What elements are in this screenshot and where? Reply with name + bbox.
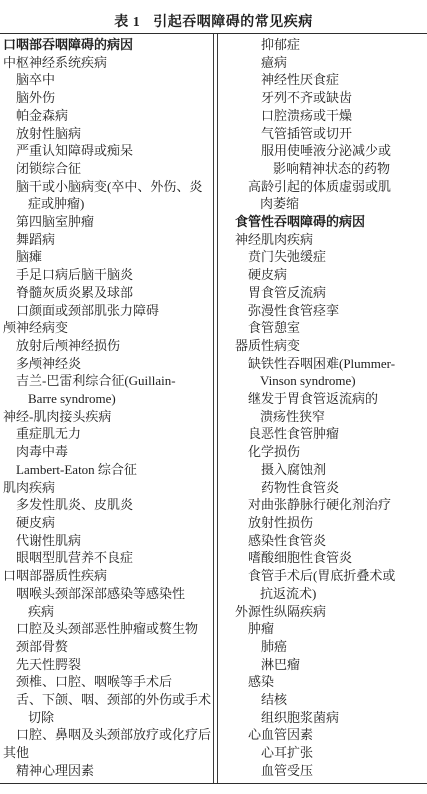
disease-item: 服用使唾液分泌减少或 影响精神状态的药物: [235, 142, 425, 177]
disease-item: 咽喉头颈部深部感染等感染性 疾病: [3, 585, 212, 620]
disease-item: 外源性纵隔疾病: [235, 603, 425, 621]
disease-item: 药物性食管炎: [235, 479, 425, 497]
disease-item: 嗜酸细胞性食管炎: [235, 549, 425, 567]
disease-item: 肌肉疾病: [3, 479, 212, 497]
disease-item: 颈部骨赘: [3, 638, 212, 656]
disease-item: 胃食管反流病: [235, 284, 425, 302]
disease-item: 重症肌无力: [3, 425, 212, 443]
disease-item: 多颅神经炎: [3, 355, 212, 373]
disease-item: 心耳扩张: [235, 744, 425, 762]
disease-item: 感染: [235, 673, 425, 691]
section-header: 食管性吞咽障碍的病因: [235, 213, 425, 231]
disease-item: 摄入腐蚀剂: [235, 461, 425, 479]
disease-item: 结核: [235, 691, 425, 709]
disease-item: 弥漫性食管痉挛: [235, 302, 425, 320]
disease-item: 淋巴瘤: [235, 656, 425, 674]
disease-item: 口咽部器质性疾病: [3, 567, 212, 585]
disease-item: 脊髓灰质炎累及球部: [3, 284, 212, 302]
document-page: 表 1引起吞咽障碍的常见疾病 口咽部吞咽障碍的病因中枢神经系统疾病脑卒中脑外伤帕…: [0, 0, 427, 794]
disease-item: 硬皮病: [3, 514, 212, 532]
column-right-esophageal: 抑郁症癔病神经性厌食症牙列不齐或缺齿口腔溃疡或干燥气管插管或切开服用使唾液分泌减…: [218, 34, 427, 783]
disease-item: 第四脑室肿瘤: [3, 213, 212, 231]
disease-item: 神经肌肉疾病: [235, 231, 425, 249]
disease-item: 闭锁综合征: [3, 160, 212, 178]
disease-item: 放射后颅神经损伤: [3, 337, 212, 355]
disease-item: 继发于胃食管返流病的 溃疡性狭窄: [235, 390, 425, 425]
disease-item: 食管憩室: [235, 319, 425, 337]
disease-item: 中枢神经系统疾病: [3, 54, 212, 72]
table-caption: 引起吞咽障碍的常见疾病: [153, 15, 313, 30]
disease-item: 良恶性食管肿瘤: [235, 425, 425, 443]
disease-item: 肿瘤: [235, 620, 425, 638]
disease-item: 口腔溃疡或干燥: [235, 107, 425, 125]
disease-item: Lambert-Eaton 综合征: [3, 461, 212, 479]
column-left-oropharyngeal: 口咽部吞咽障碍的病因中枢神经系统疾病脑卒中脑外伤帕金森病放射性脑病严重认知障碍或…: [0, 34, 213, 783]
disease-item: 牙列不齐或缺齿: [235, 89, 425, 107]
disease-item: 脑卒中: [3, 71, 212, 89]
disease-item: 口颜面或颈部肌张力障碍: [3, 302, 212, 320]
disease-item: 脑瘫: [3, 248, 212, 266]
disease-item: 食管手术后(胃底折叠术或 抗返流术): [235, 567, 425, 602]
disease-item: 舞蹈病: [3, 231, 212, 249]
table-title: 表 1引起吞咽障碍的常见疾病: [0, 0, 427, 33]
disease-item: 对曲张静脉行硬化剂治疗: [235, 496, 425, 514]
disease-item: 多发性肌炎、皮肌炎: [3, 496, 212, 514]
disease-item: 器质性病变: [235, 337, 425, 355]
disease-item: 神经性厌食症: [235, 71, 425, 89]
disease-item: 化学损伤: [235, 443, 425, 461]
disease-item: 舌、下颌、咽、颈部的外伤或手术 切除: [3, 691, 212, 726]
disease-item: 口腔及头颈部恶性肿瘤或赘生物: [3, 620, 212, 638]
disease-item: 口腔、鼻咽及头颈部放疗或化疗后: [3, 726, 212, 744]
disease-item: 眼咽型肌营养不良症: [3, 549, 212, 567]
disease-item: 肉毒中毒: [3, 443, 212, 461]
disease-item: 放射性损伤: [235, 514, 425, 532]
disease-item: 硬皮病: [235, 266, 425, 284]
disease-item: 心血管因素: [235, 726, 425, 744]
section-header: 口咽部吞咽障碍的病因: [3, 36, 212, 54]
disease-item: 放射性脑病: [3, 125, 212, 143]
disease-item: 神经-肌肉接头疾病: [3, 408, 212, 426]
disease-item: 帕金森病: [3, 107, 212, 125]
table-number-label: 表 1: [114, 15, 140, 30]
disease-item: 组织胞浆菌病: [235, 709, 425, 727]
disease-item: 颈椎、口腔、咽喉等手术后: [3, 673, 212, 691]
disease-item: 肺癌: [235, 638, 425, 656]
disease-item: 手足口病后脑干脑炎: [3, 266, 212, 284]
disease-item: 脑外伤: [3, 89, 212, 107]
disease-item: 脑干或小脑病变(卒中、外伤、炎 症或肿瘤): [3, 178, 212, 213]
disease-item: 高龄引起的体质虚弱或肌 肉萎缩: [235, 178, 425, 213]
disease-item: 精神心理因素: [3, 762, 212, 780]
disease-item: 缺铁性吞咽困难(Plummer- Vinson syndrome): [235, 355, 425, 390]
disease-item: 先天性腭裂: [3, 656, 212, 674]
disease-item: 颅神经病变: [3, 319, 212, 337]
disease-item: 气管插管或切开: [235, 125, 425, 143]
disease-item: 吉兰-巴雷利综合征(Guillain- Barre syndrome): [3, 372, 212, 407]
disease-item: 其他: [3, 744, 212, 762]
disease-item: 贲门失弛缓症: [235, 248, 425, 266]
disease-item: 感染性食管炎: [235, 532, 425, 550]
disease-item: 癔病: [235, 54, 425, 72]
disease-item: 抑郁症: [235, 36, 425, 54]
disease-item: 血管受压: [235, 762, 425, 780]
disease-item: 代谢性肌病: [3, 532, 212, 550]
disease-table: 口咽部吞咽障碍的病因中枢神经系统疾病脑卒中脑外伤帕金森病放射性脑病严重认知障碍或…: [0, 33, 427, 784]
disease-item: 严重认知障碍或痴呆: [3, 142, 212, 160]
